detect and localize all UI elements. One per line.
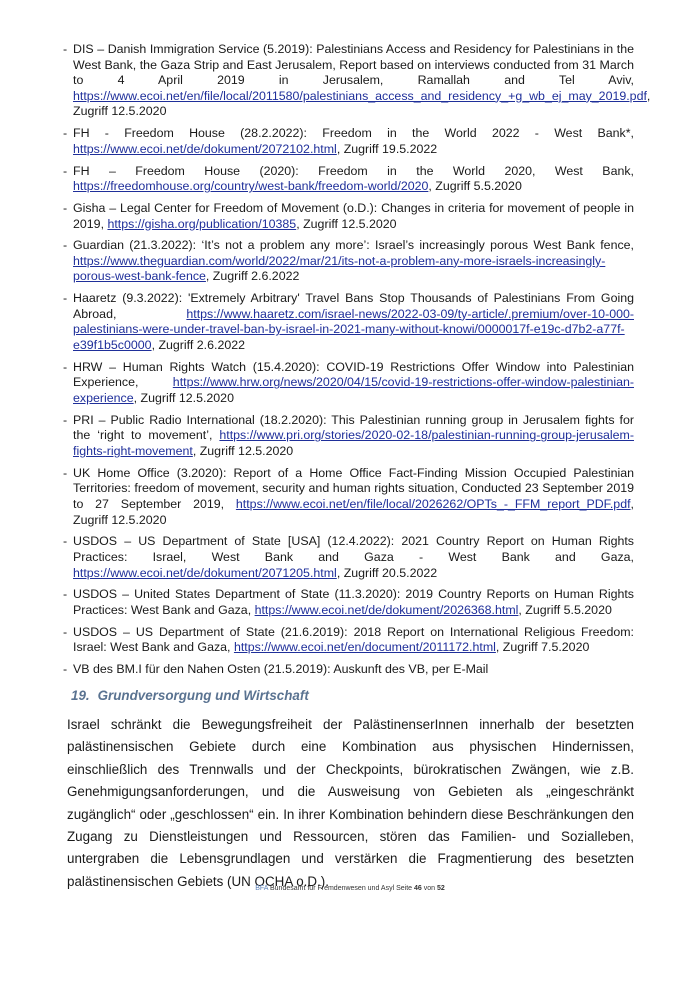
bullet-dash: - (63, 413, 67, 429)
reference-text: Guardian (21.3.2022): ‘It’s not a proble… (73, 238, 634, 252)
reference-text: USDOS – US Department of State [USA] (12… (73, 534, 634, 564)
section-heading: 19.Grundversorgung und Wirtschaft (71, 688, 309, 703)
reference-link[interactable]: https://www.ecoi.net/en/file/local/20262… (236, 497, 631, 511)
reference-text: DIS – Danish Immigration Service (5.2019… (73, 42, 634, 87)
bullet-dash: - (63, 201, 67, 217)
access-date: , Zugriff 2.6.2022 (152, 338, 245, 352)
footer-page-label: Seite (396, 885, 412, 892)
bullet-dash: - (63, 164, 67, 180)
reference-item: -Haaretz (9.3.2022): 'Extremely Arbitrar… (63, 291, 634, 353)
reference-text: FH - Freedom House (28.2.2022): Freedom … (73, 126, 634, 140)
reference-item: -VB des BM.I für den Nahen Osten (21.5.2… (63, 662, 634, 678)
access-date: , Zugriff 5.5.2020 (428, 179, 521, 193)
access-date: , Zugriff 20.5.2022 (337, 566, 437, 580)
reference-link[interactable]: https://www.theguardian.com/world/2022/m… (73, 254, 605, 284)
reference-item: -HRW – Human Rights Watch (15.4.2020): C… (63, 360, 634, 407)
reference-item: -Guardian (21.3.2022): ‘It’s not a probl… (63, 238, 634, 285)
reference-item: -USDOS – United States Department of Sta… (63, 587, 634, 618)
document-page: -DIS – Danish Immigration Service (5.201… (0, 0, 700, 990)
access-date: , Zugriff 19.5.2022 (337, 142, 437, 156)
reference-list: -DIS – Danish Immigration Service (5.201… (63, 42, 634, 684)
reference-item: -DIS – Danish Immigration Service (5.201… (63, 42, 634, 120)
section-body: Israel schränkt die Bewegungsfreiheit de… (67, 714, 634, 893)
reference-link[interactable]: https://www.ecoi.net/en/file/local/20115… (73, 89, 647, 103)
bullet-dash: - (63, 534, 67, 550)
access-date: , Zugriff 12.5.2020 (296, 217, 396, 231)
bullet-dash: - (63, 662, 67, 678)
reference-item: -FH – Freedom House (2020): Freedom in t… (63, 164, 634, 195)
bullet-dash: - (63, 625, 67, 641)
access-date: , Zugriff 7.5.2020 (496, 640, 589, 654)
bullet-dash: - (63, 587, 67, 603)
reference-item: -FH - Freedom House (28.2.2022): Freedom… (63, 126, 634, 157)
reference-link[interactable]: https://gisha.org/publication/10385 (107, 217, 296, 231)
section-number: 19. (71, 688, 90, 703)
footer-org: Bundesamt für Fremdenwesen und Asyl (270, 885, 394, 892)
reference-text: FH – Freedom House (2020): Freedom in th… (73, 164, 634, 178)
footer-of-label: von (424, 885, 435, 892)
access-date: , Zugriff 12.5.2020 (134, 391, 234, 405)
section-title: Grundversorgung und Wirtschaft (98, 688, 309, 703)
reference-link[interactable]: https://www.ecoi.net/de/dokument/2071205… (73, 566, 337, 580)
reference-item: -PRI – Public Radio International (18.2.… (63, 413, 634, 460)
bullet-dash: - (63, 466, 67, 482)
page-footer: BFA Bundesamt für Fremdenwesen und Asyl … (0, 885, 700, 892)
reference-link[interactable]: https://freedomhouse.org/country/west-ba… (73, 179, 428, 193)
bullet-dash: - (63, 42, 67, 58)
reference-item: -Gisha – Legal Center for Freedom of Mov… (63, 201, 634, 232)
bullet-dash: - (63, 360, 67, 376)
reference-item: -UK Home Office (3.2020): Report of a Ho… (63, 466, 634, 528)
access-date: , Zugriff 5.5.2020 (518, 603, 611, 617)
reference-link[interactable]: https://www.ecoi.net/de/dokument/2072102… (73, 142, 337, 156)
bullet-dash: - (63, 126, 67, 142)
reference-item: -USDOS – US Department of State [USA] (1… (63, 534, 634, 581)
bullet-dash: - (63, 291, 67, 307)
access-date: , Zugriff 12.5.2020 (193, 444, 293, 458)
reference-text: VB des BM.I für den Nahen Osten (21.5.20… (73, 662, 488, 676)
footer-brand: BFA (255, 885, 268, 892)
footer-page-total: 52 (437, 885, 445, 892)
bullet-dash: - (63, 238, 67, 254)
reference-link[interactable]: https://www.ecoi.net/de/dokument/2026368… (255, 603, 519, 617)
access-date: , Zugriff 2.6.2022 (206, 269, 299, 283)
reference-item: -USDOS – US Department of State (21.6.20… (63, 625, 634, 656)
footer-page-number: 46 (414, 885, 422, 892)
reference-link[interactable]: https://www.ecoi.net/en/document/2011172… (234, 640, 496, 654)
